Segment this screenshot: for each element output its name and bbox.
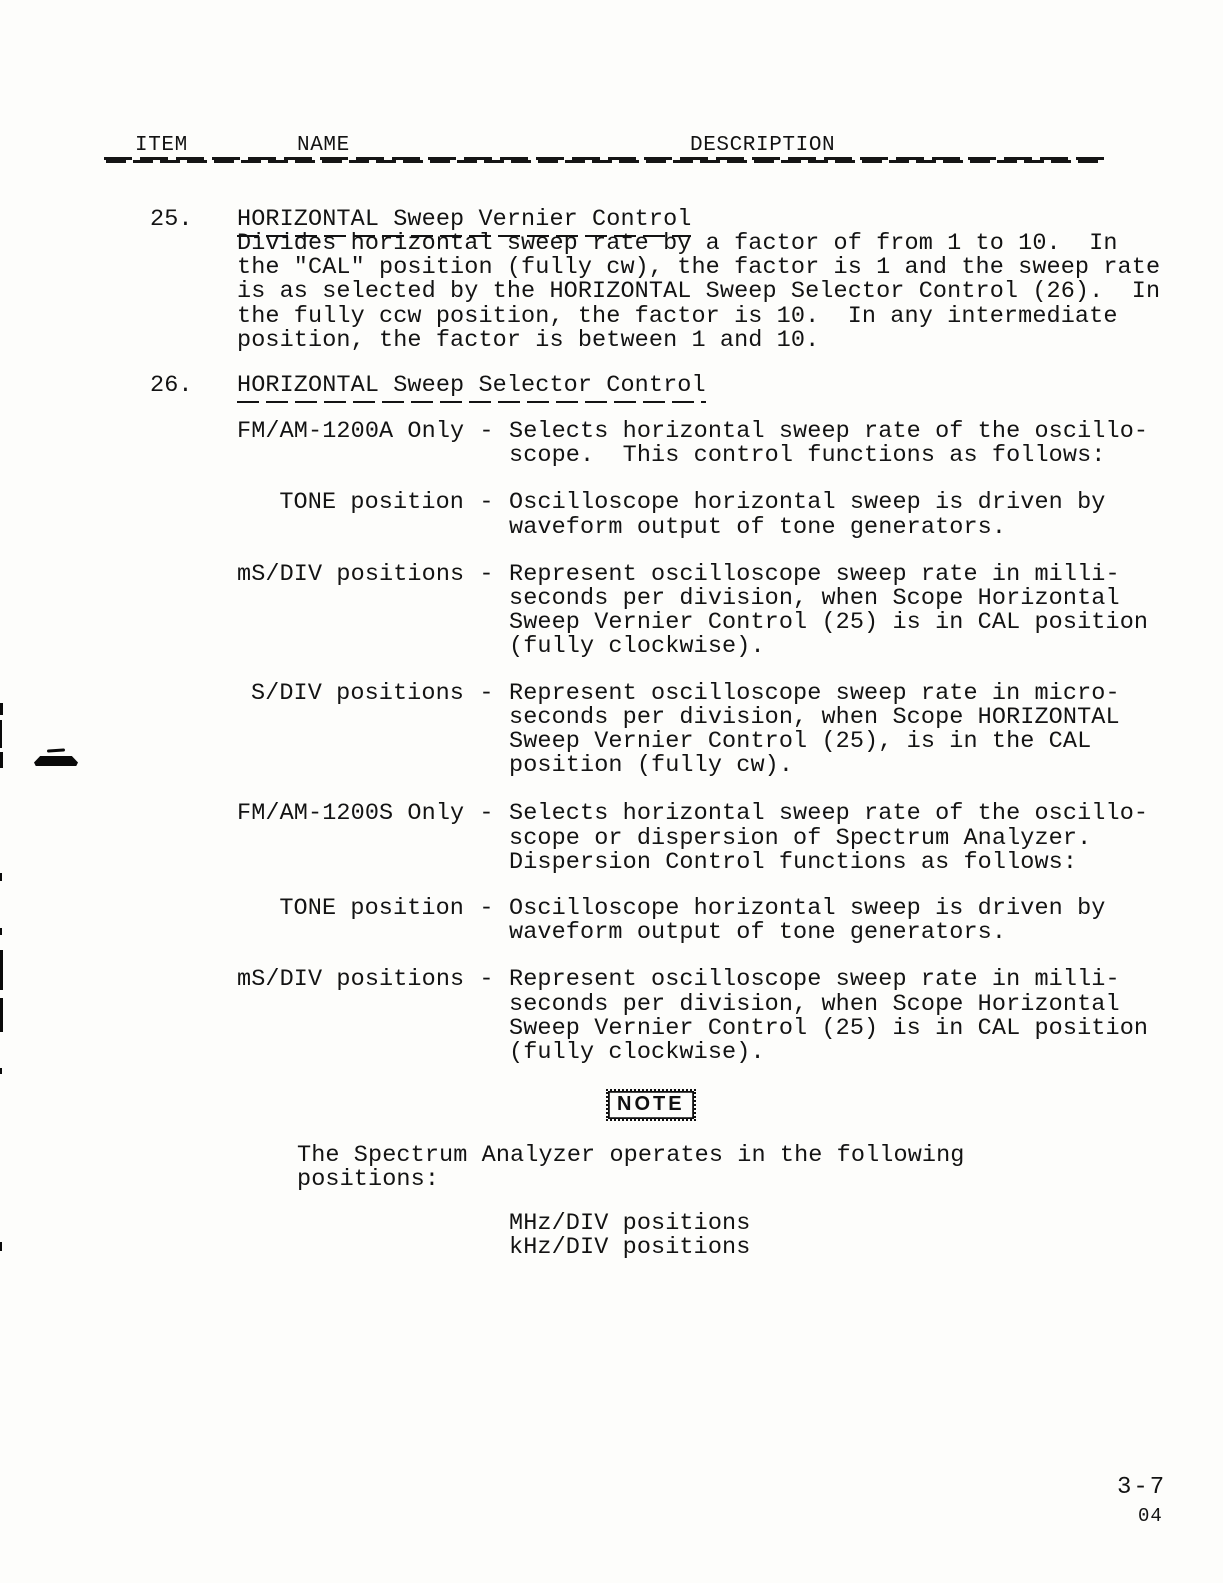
definition-entry: mS/DIV positions - Represent oscilloscop… [237, 968, 1177, 1065]
margin-mark [0, 950, 3, 990]
definition-entry: S/DIV positions - Represent oscilloscope… [237, 682, 1177, 779]
item-entries: FM/AM-1200A Only - Selects horizontal sw… [237, 420, 1177, 1065]
margin-mark [0, 998, 3, 1032]
entry-text: Represent oscilloscope sweep rate in mil… [509, 563, 1177, 660]
item-number: 26. [150, 374, 193, 398]
entry-dash: - [464, 491, 509, 539]
entry-dash: - [464, 897, 509, 945]
entry-dash: - [464, 802, 509, 875]
entry-dash: - [464, 563, 509, 660]
note-positions-list: MHz/DIV positions kHz/DIV positions [509, 1212, 750, 1260]
margin-mark [0, 703, 3, 715]
entry-dash: - [464, 968, 509, 1065]
entry-label: TONE position [237, 897, 464, 945]
entry-dash: - [464, 682, 509, 779]
entry-text: Oscilloscope horizontal sweep is driven … [509, 897, 1177, 945]
entry-label: mS/DIV positions [237, 563, 464, 660]
entry-text: Represent oscilloscope sweep rate in mic… [509, 682, 1177, 779]
scan-artifact [34, 756, 78, 766]
manual-page: ITEM NAME DESCRIPTION 25. HORIZONTAL Swe… [0, 0, 1223, 1583]
note-box: NOTE [606, 1089, 696, 1121]
item-number: 25. [150, 208, 193, 232]
entry-label: FM/AM-1200A Only [237, 420, 464, 468]
entry-text: Oscilloscope horizontal sweep is driven … [509, 491, 1177, 539]
entry-text: Represent oscilloscope sweep rate in mil… [509, 968, 1177, 1065]
margin-mark [0, 1068, 2, 1074]
margin-mark [0, 873, 2, 881]
margin-mark [0, 928, 2, 935]
page-code: 04 [1138, 1505, 1163, 1527]
entry-text: Selects horizontal sweep rate of the osc… [509, 802, 1177, 875]
margin-mark [0, 752, 3, 768]
header-rule [104, 157, 1104, 164]
entry-label: mS/DIV positions [237, 968, 464, 1065]
margin-mark [0, 1242, 2, 1251]
entry-text: Selects horizontal sweep rate of the osc… [509, 420, 1177, 468]
definition-entry: FM/AM-1200S Only - Selects horizontal sw… [237, 802, 1177, 875]
item-body: Divides horizontal sweep rate by a facto… [237, 232, 1160, 353]
column-header-description: DESCRIPTION [690, 134, 835, 158]
page-number: 3-7 [1117, 1474, 1166, 1501]
entry-dash: - [464, 420, 509, 468]
entry-label: FM/AM-1200S Only [237, 802, 464, 875]
item-title: HORIZONTAL Sweep Selector Control [237, 374, 706, 403]
definition-entry: FM/AM-1200A Only - Selects horizontal sw… [237, 420, 1177, 468]
column-header-name: NAME [297, 134, 350, 158]
margin-mark [0, 720, 2, 748]
definition-entry: TONE position - Oscilloscope horizontal … [237, 491, 1177, 539]
note-paragraph: The Spectrum Analyzer operates in the fo… [297, 1144, 965, 1192]
definition-entry: mS/DIV positions - Represent oscilloscop… [237, 563, 1177, 660]
scan-artifact [47, 748, 65, 752]
definition-entry: TONE position - Oscilloscope horizontal … [237, 897, 1177, 945]
column-header-item: ITEM [135, 134, 188, 158]
entry-label: S/DIV positions [237, 682, 464, 779]
entry-label: TONE position [237, 491, 464, 539]
